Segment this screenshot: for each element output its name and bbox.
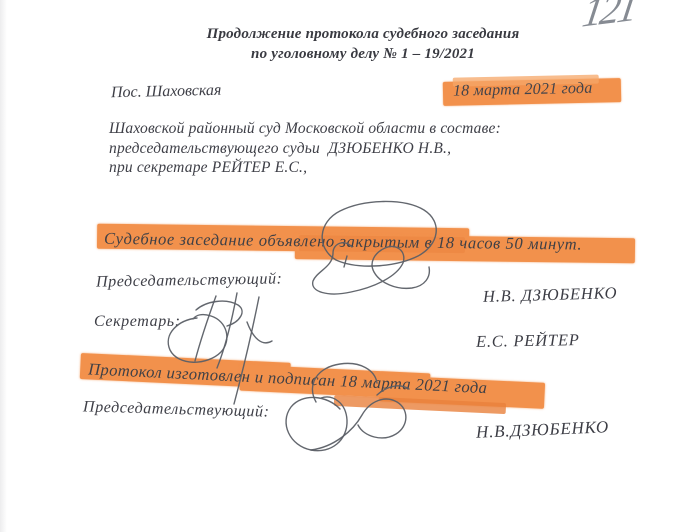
secretary-name: Е.С. РЕЙТЕР	[476, 330, 580, 352]
presiding-judge-label-2: Председательствующий:	[83, 398, 270, 421]
title-line-1: Продолжение протокола судебного заседани…	[90, 24, 636, 44]
closing-statement-text: Судебное заседание объявлено закрытым в …	[104, 229, 582, 255]
document-title: Продолжение протокола судебного заседани…	[90, 24, 636, 64]
place-label: Пос. Шаховская	[111, 82, 222, 103]
closing-statement-highlight: Судебное заседание объявлено закрытым в …	[95, 223, 643, 270]
date-highlight: 18 марта 2021 года	[443, 74, 622, 109]
secretary-label: Секретарь:	[94, 313, 181, 331]
date-text: 18 марта 2021 года	[453, 80, 593, 101]
presiding-judge-name-2: Н.В.ДЗЮБЕНКО	[476, 417, 610, 443]
court-composition-line-2: председательствующего судьи ДЗЮБЕНКО Н.В…	[109, 139, 501, 159]
presiding-judge-name-1: Н.В. ДЗЮБЕНКО	[483, 283, 618, 307]
scanned-court-document-page: 121 Продолжение протокола судебного засе…	[0, 0, 700, 532]
title-line-2: по уголовному делу № 1 – 19/2021	[90, 44, 636, 64]
court-composition-line-3: при секретаре РЕЙТЕР Е.С.,	[109, 158, 501, 178]
court-composition-line-1: Шаховской районный суд Московской област…	[109, 119, 501, 139]
court-composition: Шаховской районный суд Московской област…	[109, 119, 501, 178]
presiding-judge-label-1: Председательствующий:	[96, 270, 283, 291]
